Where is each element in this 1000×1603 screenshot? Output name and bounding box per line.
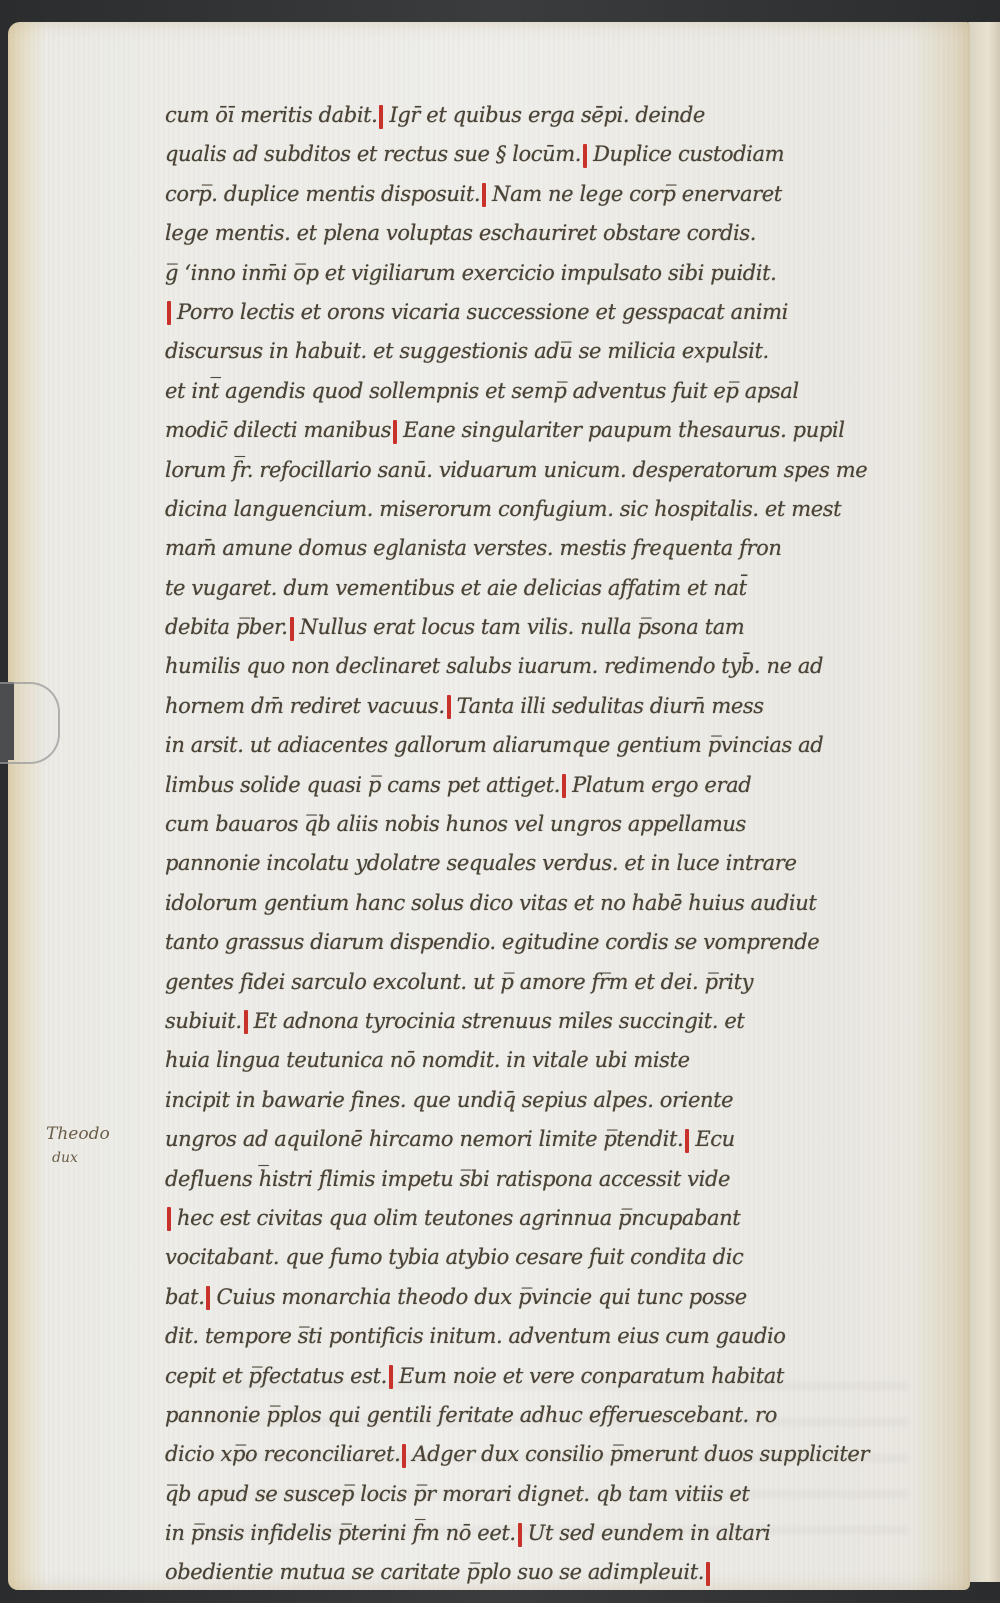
- text-line: cum bauaros q̅b aliis nobis hunos vel un…: [165, 805, 940, 844]
- rubric-mark: [290, 617, 294, 641]
- line-text: gentes fidei sarculo excolunt. ut p̅ amo…: [165, 970, 753, 994]
- text-line: gentes fidei sarculo excolunt. ut p̅ amo…: [165, 963, 940, 1002]
- line-text: debita p̅ber.: [165, 615, 288, 639]
- line-text: vocitabant. que fumo tybia atybio cesare…: [165, 1245, 743, 1269]
- line-text: cepit et p̅fectatus est.: [165, 1364, 387, 1388]
- rubric-mark: [393, 420, 397, 444]
- rubric-mark: [706, 1562, 710, 1586]
- line-text-continued: Adger dux consilio p̅merunt duos supplic…: [412, 1442, 869, 1466]
- text-line: pannonie incolatu ydolatre sequales verd…: [165, 844, 940, 883]
- margin-note: Theodo dux: [46, 1122, 156, 1170]
- text-line: et int̅ agendis quod sollempnis et semp̅…: [165, 372, 940, 411]
- line-text: obedientie mutua se caritate p̅plo suo s…: [165, 1560, 704, 1584]
- rubric-mark: [244, 1010, 248, 1034]
- line-text: corp̅. duplice mentis disposuit.: [165, 182, 480, 206]
- line-text-continued: Duplice custodiam: [593, 142, 784, 166]
- line-text: humilis quo non declinaret salubs iuarum…: [165, 654, 823, 678]
- line-text: incipit in bawarie fines. que undiq̄ sep…: [165, 1088, 733, 1112]
- adjacent-leaf-edge: [968, 22, 1000, 1582]
- rubric-mark: [379, 105, 383, 129]
- line-text: qualis ad subditos et rectus sue § locū…: [165, 142, 581, 166]
- rubric-mark: [167, 301, 171, 325]
- text-line: idolorum gentium hanc solus dico vitas e…: [165, 884, 940, 923]
- line-text-continued: Cuius monarchia theodo dux p̅vincie qui …: [216, 1285, 746, 1309]
- line-text: lege mentis. et plena voluptas eschaurir…: [165, 221, 756, 245]
- text-line: lege mentis. et plena voluptas eschaurir…: [165, 214, 940, 253]
- text-line: limbus solide quasi p̅ cams pet attiget.…: [165, 766, 940, 805]
- line-text: subiuit.: [165, 1009, 242, 1033]
- line-text: limbus solide quasi p̅ cams pet attiget.: [165, 773, 560, 797]
- text-line: hec est civitas qua olim teutones agrinn…: [165, 1199, 940, 1238]
- text-line: subiuit.Et adnona tyrocinia strenuus mil…: [165, 1002, 940, 1041]
- line-text: et int̅ agendis quod sollempnis et semp̅…: [165, 379, 799, 403]
- rubric-mark: [583, 144, 587, 168]
- text-line: cum ōī meritis dabit.Igr̄ et quibus er…: [165, 96, 940, 135]
- rubric-mark: [167, 1207, 171, 1231]
- rubric-mark: [389, 1365, 393, 1389]
- text-line: dicina languencium. miserorum confugium.…: [165, 490, 940, 529]
- line-text: q̅b apud se suscep̅ locis p̅r morari dig…: [165, 1482, 749, 1506]
- text-line: te vugaret. dum vementibus et aie delici…: [165, 569, 940, 608]
- rubric-mark: [402, 1444, 406, 1468]
- line-text: dicina languencium. miserorum confugium.…: [165, 497, 841, 521]
- line-text: cum bauaros q̅b aliis nobis hunos vel un…: [165, 812, 746, 836]
- rubric-mark: [482, 183, 486, 207]
- text-line: corp̅. duplice mentis disposuit.Nam ne l…: [165, 175, 940, 214]
- line-text-continued: Igr̄ et quibus erga sēpi. deinde: [389, 103, 705, 127]
- text-line: huia lingua teutunica nō nomdit. in vit…: [165, 1041, 940, 1080]
- line-text: dicio xp̅o reconciliaret.: [165, 1442, 400, 1466]
- text-line: ungros ad aquilonē hircamo nemori limit…: [165, 1120, 940, 1159]
- line-text: defluens h̅istri flimis impetu s̅bi rati…: [165, 1167, 730, 1191]
- line-text: te vugaret. dum vementibus et aie delici…: [165, 576, 747, 600]
- line-text: hornem dm̄ rediret vacuus.: [165, 694, 445, 718]
- line-text-continued: Nam ne lege corp̅ enervaret: [492, 182, 782, 206]
- rubric-mark: [518, 1523, 522, 1547]
- line-text-continued: Et adnona tyrocinia strenuus miles succi…: [254, 1009, 745, 1033]
- line-text: modic̄ dilecti manibus: [165, 418, 391, 442]
- text-line: mam̄ amune domus eglanista verstes. mest…: [165, 529, 940, 568]
- line-text: cum ōī meritis dabit.: [165, 103, 377, 127]
- text-line: hornem dm̄ rediret vacuus.Tanta illi sed…: [165, 687, 940, 726]
- text-line: bat.Cuius monarchia theodo dux p̅vincie …: [165, 1278, 940, 1317]
- line-text: huia lingua teutunica nō nomdit. in vit…: [165, 1048, 690, 1072]
- line-text-continued: hec est civitas qua olim teutones agrinn…: [177, 1206, 740, 1230]
- text-line: Porro lectis et orons vicaria succession…: [165, 293, 940, 332]
- text-line: humilis quo non declinaret salubs iuarum…: [165, 647, 940, 686]
- line-text-continued: Nullus erat locus tam vilis. nulla p̅son…: [300, 615, 745, 639]
- text-line: qualis ad subditos et rectus sue § locū…: [165, 135, 940, 174]
- text-line: defluens h̅istri flimis impetu s̅bi rati…: [165, 1160, 940, 1199]
- text-line: cepit et p̅fectatus est.Eum noie et vere…: [165, 1357, 940, 1396]
- line-text: pannonie p̅plos qui gentili feritate adh…: [165, 1403, 777, 1427]
- line-text: in arsit. ut adiacentes gallorum aliarum…: [165, 733, 823, 757]
- page-clip: [0, 682, 60, 764]
- margin-note-line: Theodo: [46, 1122, 156, 1146]
- text-line: q̅b apud se suscep̅ locis p̅r morari dig…: [165, 1475, 940, 1514]
- text-line: incipit in bawarie fines. que undiq̄ sep…: [165, 1081, 940, 1120]
- line-text: ungros ad aquilonē hircamo nemori limit…: [165, 1127, 683, 1151]
- text-line: debita p̅ber.Nullus erat locus tam vilis…: [165, 608, 940, 647]
- text-line: in p̅nsis infidelis p̅terini f̅m nō eet…: [165, 1514, 940, 1553]
- line-text-continued: Eane singulariter paupum thesaurus. pupi…: [403, 418, 844, 442]
- line-text: tanto grassus diarum dispendio. egitudin…: [165, 930, 819, 954]
- text-line: dicio xp̅o reconciliaret.Adger dux consi…: [165, 1435, 940, 1474]
- line-text: g̅ ‘inno inm̄i o̅p et vigiliarum exercic…: [165, 261, 776, 285]
- text-line: in arsit. ut adiacentes gallorum aliarum…: [165, 726, 940, 765]
- line-text: lorum f̅r. refocillario sanū. viduarum …: [165, 458, 867, 482]
- text-line: obedientie mutua se caritate p̅plo suo s…: [165, 1553, 940, 1592]
- line-text-continued: Porro lectis et orons vicaria succession…: [177, 300, 788, 324]
- margin-note-line: dux: [46, 1146, 156, 1170]
- text-line: tanto grassus diarum dispendio. egitudin…: [165, 923, 940, 962]
- rubric-mark: [447, 695, 451, 719]
- text-line: g̅ ‘inno inm̄i o̅p et vigiliarum exercic…: [165, 254, 940, 293]
- line-text: pannonie incolatu ydolatre sequales verd…: [165, 851, 796, 875]
- line-text-continued: Eum noie et vere conparatum habitat: [399, 1364, 784, 1388]
- text-line: vocitabant. que fumo tybia atybio cesare…: [165, 1238, 940, 1277]
- line-text-continued: Tanta illi sedulitas diurn̄ mess: [457, 694, 764, 718]
- text-block: cum ōī meritis dabit.Igr̄ et quibus er…: [165, 96, 940, 1593]
- line-text: bat.: [165, 1285, 204, 1309]
- text-line: lorum f̅r. refocillario sanū. viduarum …: [165, 451, 940, 490]
- line-text: mam̄ amune domus eglanista verstes. mest…: [165, 536, 782, 560]
- text-line: dit. tempore s̅ti pontificis initum. adv…: [165, 1317, 940, 1356]
- line-text-continued: Ecu: [695, 1127, 734, 1151]
- line-text: in p̅nsis infidelis p̅terini f̅m nō eet…: [165, 1521, 516, 1545]
- rubric-mark: [685, 1129, 689, 1153]
- line-text: dit. tempore s̅ti pontificis initum. adv…: [165, 1324, 786, 1348]
- text-line: pannonie p̅plos qui gentili feritate adh…: [165, 1396, 940, 1435]
- line-text: idolorum gentium hanc solus dico vitas e…: [165, 891, 816, 915]
- rubric-mark: [562, 774, 566, 798]
- line-text-continued: Ut sed eundem in altari: [528, 1521, 771, 1545]
- text-line: modic̄ dilecti manibusEane singulariter …: [165, 411, 940, 450]
- line-text: discursus in habuit. et suggestionis adu…: [165, 339, 769, 363]
- rubric-mark: [206, 1286, 210, 1310]
- line-text-continued: Platum ergo erad: [572, 773, 751, 797]
- text-line: discursus in habuit. et suggestionis adu…: [165, 332, 940, 371]
